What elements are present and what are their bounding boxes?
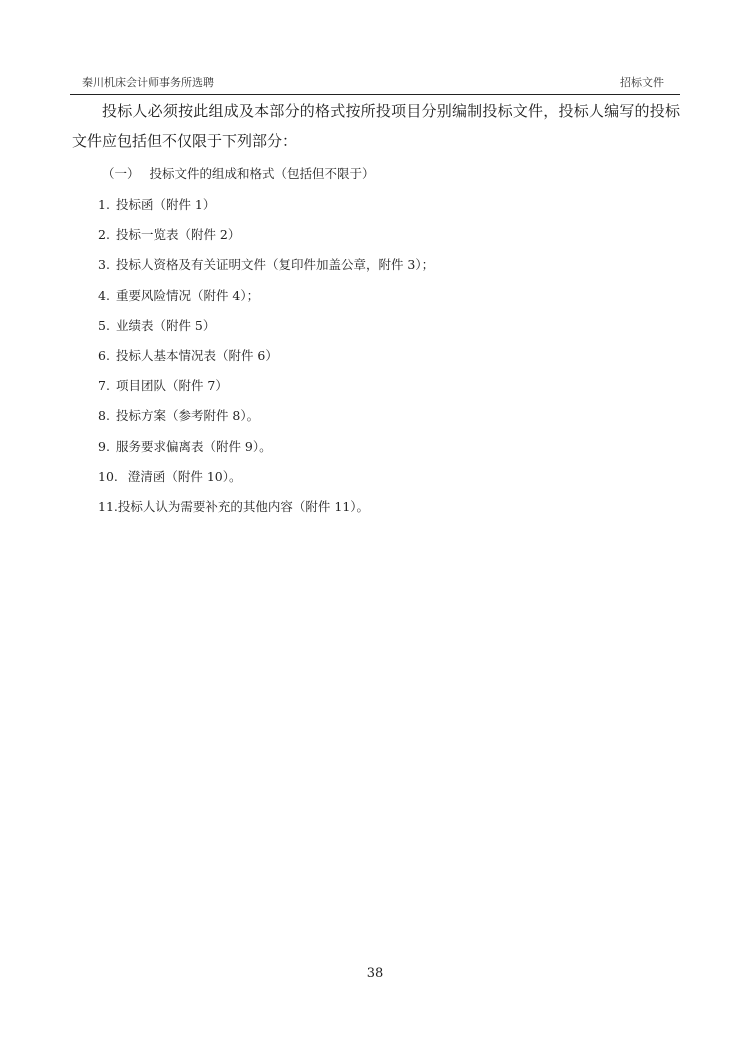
document-components-list: 1.投标函（附件 1） 2.投标一览表（附件 2） 3.投标人资格及有关证明文件… bbox=[98, 196, 434, 528]
list-item: 3.投标人资格及有关证明文件（复印件加盖公章，附件 3）； bbox=[98, 256, 434, 286]
item-number: 3. bbox=[98, 256, 110, 274]
list-item: 6.投标人基本情况表（附件 6） bbox=[98, 347, 434, 377]
list-item: 4.重要风险情况（附件 4）； bbox=[98, 287, 434, 317]
item-number: 11. bbox=[98, 498, 118, 516]
document-page: 秦川机床会计师事务所选聘 招标文件 投标人必须按此组成及本部分的格式按所投项目分… bbox=[0, 0, 750, 1062]
item-number: 2. bbox=[98, 226, 110, 244]
page-number: 38 bbox=[0, 966, 750, 981]
list-item: 2.投标一览表（附件 2） bbox=[98, 226, 434, 256]
item-text: 项目团队（附件 7） bbox=[116, 378, 228, 393]
header-doc-type: 招标文件 bbox=[620, 74, 664, 90]
page-header: 秦川机床会计师事务所选聘 招标文件 bbox=[72, 70, 680, 94]
list-item: 5.业绩表（附件 5） bbox=[98, 317, 434, 347]
item-text: 投标人认为需要补充的其他内容（附件 11）。 bbox=[118, 499, 369, 514]
item-text: 服务要求偏离表（附件 9）。 bbox=[116, 439, 272, 454]
header-divider bbox=[70, 94, 680, 95]
item-text: 业绩表（附件 5） bbox=[116, 318, 215, 333]
item-number: 9. bbox=[98, 438, 110, 456]
section-heading: （一）投标文件的组成和格式（包括但不限于） bbox=[102, 164, 375, 182]
item-number: 7. bbox=[98, 377, 110, 395]
list-item: 1.投标函（附件 1） bbox=[98, 196, 434, 226]
item-number: 1. bbox=[98, 196, 110, 214]
section-number: （一） bbox=[102, 166, 140, 181]
item-text: 澄清函（附件 10）。 bbox=[124, 469, 242, 484]
item-text: 投标人基本情况表（附件 6） bbox=[116, 348, 278, 363]
list-item: 8.投标方案（参考附件 8）。 bbox=[98, 407, 434, 437]
list-item: 7.项目团队（附件 7） bbox=[98, 377, 434, 407]
item-text: 投标人资格及有关证明文件（复印件加盖公章，附件 3）； bbox=[116, 257, 434, 272]
header-org-title: 秦川机床会计师事务所选聘 bbox=[82, 74, 214, 90]
item-number: 5. bbox=[98, 317, 110, 335]
item-text: 投标函（附件 1） bbox=[116, 197, 215, 212]
list-item: 11.投标人认为需要补充的其他内容（附件 11）。 bbox=[98, 498, 434, 528]
item-number: 10. bbox=[98, 468, 118, 486]
item-text: 投标一览表（附件 2） bbox=[116, 227, 240, 242]
item-number: 6. bbox=[98, 347, 110, 365]
item-number: 4. bbox=[98, 287, 110, 305]
item-text: 重要风险情况（附件 4）； bbox=[116, 288, 259, 303]
section-title-text: 投标文件的组成和格式（包括但不限于） bbox=[150, 166, 375, 181]
item-number: 8. bbox=[98, 407, 110, 425]
intro-paragraph: 投标人必须按此组成及本部分的格式按所投项目分别编制投标文件，投标人编写的投标文件… bbox=[72, 96, 680, 156]
item-text: 投标方案（参考附件 8）。 bbox=[116, 408, 259, 423]
list-item: 9.服务要求偏离表（附件 9）。 bbox=[98, 438, 434, 468]
list-item: 10. 澄清函（附件 10）。 bbox=[98, 468, 434, 498]
